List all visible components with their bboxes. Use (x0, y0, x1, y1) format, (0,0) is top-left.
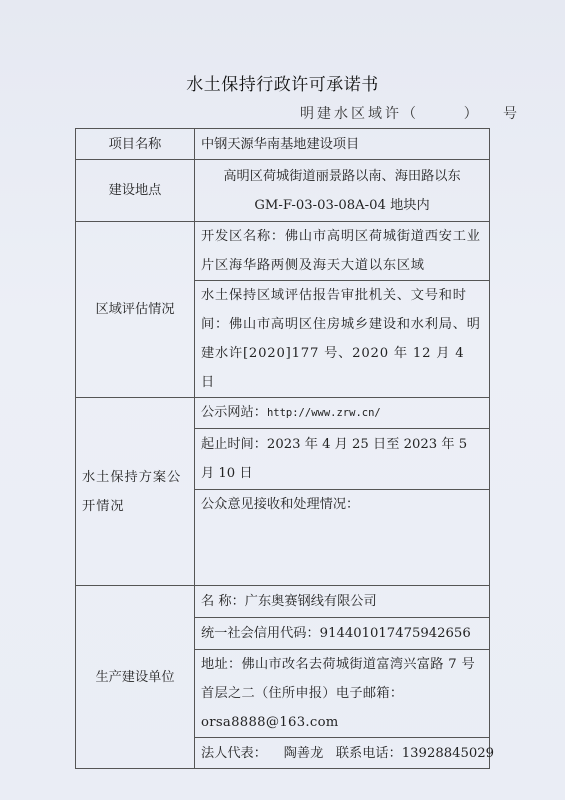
value-address: 地址：佛山市改名去荷城街道富湾兴富路 7 号首层之二（住所申报）电子邮箱：ors… (195, 650, 490, 738)
website-url[interactable]: http://www.zrw.cn/ (267, 407, 381, 419)
table-row-project-name: 项目名称 中钢天源华南基地建设项目 (76, 129, 490, 160)
label-regional-assessment: 区域评估情况 (76, 222, 195, 398)
document-title: 水土保持行政许可承诺书 (0, 70, 565, 95)
website-label: 公示网站： (201, 405, 267, 420)
value-period: 起止时间：2023 年 4 月 25 日至 2023 年 5 月 10 日 (195, 429, 490, 490)
label-disclosure: 水土保持方案公开情况 (76, 398, 195, 586)
label-unit: 生产建设单位 (76, 586, 195, 769)
document-page: 水土保持行政许可承诺书 明建水区域许（ ） 号 项目名称 中钢天源华南基地建设项… (0, 0, 565, 800)
document-number: 明建水区域许（ ） 号 (300, 103, 520, 123)
location-line-1: 高明区荷城街道丽景路以南、海田路以东 (201, 162, 483, 191)
value-dev-zone: 开发区名称：佛山市高明区荷城街道西安工业片区海华路两侧及海天大道以东区域 (195, 222, 490, 281)
value-location: 高明区荷城街道丽景路以南、海田路以东 GM-F-03-03-08A-04 地块内 (195, 160, 490, 222)
value-legal-rep: 法人代表： 陶善龙 联系电话：13928845029 (195, 738, 490, 769)
table-row-dev-zone: 区域评估情况 开发区名称：佛山市高明区荷城街道西安工业片区海华路两侧及海天大道以… (76, 222, 490, 281)
label-project-name: 项目名称 (76, 129, 195, 160)
value-credit-code: 统一社会信用代码：914401017475942656 (195, 618, 490, 650)
table-row-website: 水土保持方案公开情况 公示网站：http://www.zrw.cn/ (76, 398, 490, 429)
location-line-2: GM-F-03-03-08A-04 地块内 (201, 191, 483, 220)
label-location: 建设地点 (76, 160, 195, 222)
table-row-location: 建设地点 高明区荷城街道丽景路以南、海田路以东 GM-F-03-03-08A-0… (76, 160, 490, 222)
commitment-form-table: 项目名称 中钢天源华南基地建设项目 建设地点 高明区荷城街道丽景路以南、海田路以… (75, 128, 490, 769)
value-public-opinion: 公众意见接收和处理情况： (195, 490, 490, 586)
value-unit-name: 名 称：广东奥赛钢线有限公司 (195, 586, 490, 618)
value-project-name: 中钢天源华南基地建设项目 (195, 129, 490, 160)
value-approval: 水土保持区域评估报告审批机关、文号和时间：佛山市高明区住房城乡建设和水利局、明建… (195, 281, 490, 398)
value-website: 公示网站：http://www.zrw.cn/ (195, 398, 490, 429)
table-row-unit-name: 生产建设单位 名 称：广东奥赛钢线有限公司 (76, 586, 490, 618)
